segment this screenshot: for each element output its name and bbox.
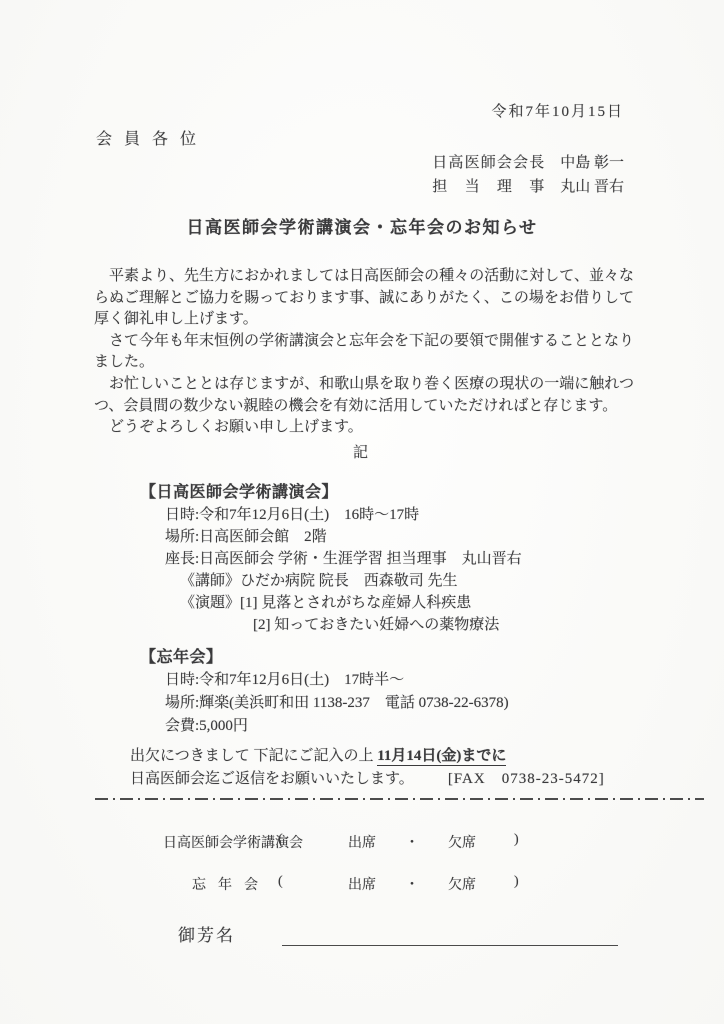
tear-off-dash-dot-line [95, 798, 704, 800]
name-entry-line [282, 919, 618, 946]
lecture-speaker: 《講師》ひだか病院 院長 西森敬司 先生 [180, 570, 522, 592]
body-paragraphs: 平素より、先生方におかれましては日高医師会の種々の活動に対して、並々ならぬご理解… [94, 266, 634, 439]
rsvp-line-1-prefix: 出欠につきまして 下記にご記入の上 [130, 748, 377, 764]
absent-option: 欠席 [448, 874, 476, 894]
lecture-chair: 座長:日高医師会 学術・生涯学習 担当理事 丸山晋右 [165, 548, 522, 570]
rsvp-instructions: 出欠につきまして 下記にご記入の上 11月14日(金)までに 日高医師会迄ご返信… [130, 745, 605, 790]
document-date: 令和7年10月15日 [491, 100, 624, 121]
rsvp-deadline: 11月14日(金)までに [377, 748, 506, 766]
reply-row-lecture: 日高医師会学術講演会 ( 出席 ・ 欠席 ) [0, 832, 724, 852]
close-paren: ) [514, 874, 519, 890]
option-separator: ・ [405, 832, 419, 852]
rsvp-fax-number: [FAX 0738-23-5472] [448, 771, 605, 787]
party-section-details: 日時:令和7年12月6日(土) 17時半〜 場所:輝楽(美浜町和田 1138-2… [165, 669, 509, 737]
lecture-section-heading: 【日高医師会学術講演会】 [140, 479, 338, 502]
sender-president-title: 日高医師会会長 [432, 151, 544, 172]
paragraph-greeting: 平素より、先生方におかれましては日高医師会の種々の活動に対して、並々ならぬご理解… [94, 266, 634, 331]
lecture-place: 場所:日高医師会館 2階 [165, 526, 522, 548]
recipient-line: 会 員 各 位 [96, 126, 200, 149]
sender-president-line: 日高医師会会長 中島 彰一 [432, 151, 624, 172]
lecture-section-details: 日時:令和7年12月6日(土) 16時〜17時 場所:日高医師会館 2階 座長:… [165, 504, 522, 636]
party-datetime: 日時:令和7年12月6日(土) 17時半〜 [165, 669, 509, 692]
sender-director-name: 丸山 晋右 [560, 175, 624, 196]
option-separator: ・ [405, 874, 419, 894]
party-place: 場所:輝楽(美浜町和田 1138-237 電話 0738-22-6378) [165, 692, 509, 715]
open-paren: ( [278, 874, 283, 890]
attend-option: 出席 [348, 874, 376, 894]
attend-option: 出席 [348, 832, 376, 852]
reply-row-party: 忘年会 ( 出席 ・ 欠席 ) [0, 874, 724, 894]
paragraph-request: お忙しいこととは存じますが、和歌山県を取り巻く医療の現状の一端に触れつつ、会員間… [94, 374, 634, 417]
paragraph-closing: どうぞよろしくお願い申し上げます。 [94, 417, 634, 439]
open-paren: ( [278, 832, 283, 848]
sender-director-line: 担当理事 丸山 晋右 [432, 175, 624, 196]
lecture-datetime: 日時:令和7年12月6日(土) 16時〜17時 [165, 504, 522, 526]
paragraph-announcement: さて今年も年末恒例の学術講演会と忘年会を下記の要領で開催することとなりました。 [94, 331, 634, 374]
name-field-label: 御芳名 [178, 926, 235, 945]
lecture-topic-2: [2] 知っておきたい妊婦への薬物療法 [253, 614, 522, 636]
reply-row-party-label: 忘年会 [192, 874, 270, 894]
rsvp-line-2: 日高医師会迄ご返信をお願いいたします。[FAX 0738-23-5472] [130, 768, 605, 791]
name-field-row: 御芳名 [178, 921, 235, 946]
close-paren: ) [514, 832, 519, 848]
lecture-topic-1: 《演題》[1] 見落とされがちな産婦人科疾患 [180, 592, 522, 614]
document-title: 日高医師会学術講演会・忘年会のお知らせ [0, 213, 724, 238]
rsvp-return-text: 日高医師会迄ご返信をお願いいたします。 [130, 771, 414, 787]
record-marker: 記 [0, 441, 724, 462]
absent-option: 欠席 [448, 832, 476, 852]
sender-president-name: 中島 彰一 [560, 151, 624, 172]
scanned-notice-document: 令和7年10月15日 会 員 各 位 日高医師会会長 中島 彰一 担当理事 丸山… [0, 0, 724, 1024]
rsvp-line-1: 出欠につきまして 下記にご記入の上 11月14日(金)までに [130, 745, 605, 768]
sender-director-title: 担当理事 [432, 175, 544, 196]
party-fee: 会費:5,000円 [165, 715, 509, 738]
party-section-heading: 【忘年会】 [140, 644, 223, 667]
